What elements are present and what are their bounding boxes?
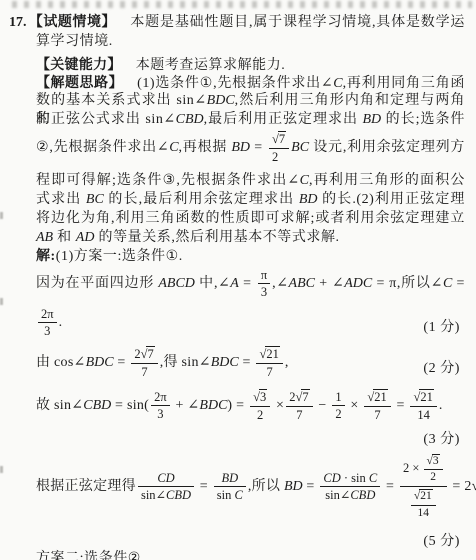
text-segment: 的长;选条件	[381, 112, 465, 127]
fraction-bd-over-sinc: BDsin C	[214, 471, 246, 503]
fraction-numerator: 2π	[151, 390, 170, 406]
text-segment: 程即可得解;选条件③,先根据条件求出∠	[36, 173, 300, 188]
radical: √21	[367, 390, 387, 404]
text-segment: (1)选条件①,先根据条件求出∠	[137, 76, 333, 91]
math-var: CBD	[166, 488, 191, 502]
fraction-numerator: 2π	[38, 307, 57, 323]
math-var: C	[333, 76, 342, 91]
scan-artifact	[0, 212, 3, 219]
fraction-denominator: 2	[250, 407, 270, 422]
radicand: 21	[373, 389, 388, 404]
radicand: 7	[278, 131, 286, 146]
coefficient: 2 ×	[403, 461, 423, 475]
text-segment: ,再利用三角形的面积公	[309, 173, 465, 188]
radical: √3	[253, 390, 267, 404]
fraction-denominator: 3	[258, 284, 270, 299]
text-segment: 式求出	[36, 192, 86, 207]
text-segment: sin	[217, 488, 235, 502]
text-segment: ×	[272, 398, 284, 413]
math-var: AB	[36, 230, 53, 245]
text-segment: .	[439, 398, 443, 413]
scan-artifact	[0, 298, 3, 305]
solution-label: 解:	[36, 249, 56, 264]
text-segment: 设元,利用余弦定理列方	[309, 140, 465, 155]
fraction-denominator: 14	[410, 407, 436, 422]
fraction-numerator: BD	[214, 471, 246, 487]
line-solution-idea-3: 的正弦公式求出 sin∠CBD,最后利用正弦定理求出 BD 的长;选条件	[36, 110, 465, 129]
line-question-context-1: 17.【试题情境】本题是基础性题目,属于课程学习情境,具体是数学运	[9, 12, 465, 32]
math-var: BDC	[199, 398, 227, 413]
math-var: ADC	[344, 276, 372, 291]
fraction-denominator: 14	[411, 506, 436, 520]
fraction-denominator: 7	[256, 364, 282, 379]
fraction-numerator: √21	[410, 389, 436, 406]
text-segment: ) =	[227, 398, 248, 413]
fraction-denominator: 7	[131, 364, 157, 379]
radicand: 21	[265, 346, 280, 361]
text-segment: = 2	[449, 479, 472, 494]
text-segment: 因为在平面四边形	[36, 276, 158, 291]
radicand: 7	[146, 346, 154, 361]
text-segment: 的正弦公式求出 sin∠	[36, 112, 176, 127]
math-var: C	[169, 140, 178, 155]
fraction-sqrt21-over-7: √217	[364, 389, 390, 422]
text-segment: =	[303, 479, 319, 494]
radical: √21	[259, 347, 279, 361]
text-segment: 的长,最后利用余弦定理求出	[104, 192, 299, 207]
text-segment: 的长.(2)利用正弦定理	[318, 192, 465, 207]
fraction-2pi-over-3: 2π3	[151, 390, 170, 422]
text-segment: + ∠	[315, 276, 344, 291]
text-segment: 将边化为角,利用三角函数的性质即可求解;或者利用余弦定理建立	[36, 211, 465, 226]
fraction-numerator: 2 × √32	[400, 453, 447, 487]
fraction-numerator: √3	[250, 389, 270, 406]
text-segment: 本题考查运算求解能力.	[136, 58, 286, 73]
text-segment: = sin(	[111, 398, 149, 413]
math-var: BD	[299, 192, 318, 207]
text-segment: =	[393, 398, 409, 413]
fraction-2sqrt7-over-7: 2√77	[131, 346, 157, 379]
text-segment: 根据正弦定理得	[36, 479, 136, 494]
text-segment: sin∠	[141, 488, 166, 502]
radical: √7	[295, 390, 309, 404]
line-sine-rule-bd: 根据正弦定理得CDsin∠CBD = BDsin C,所以 BD = CD · …	[36, 448, 465, 525]
fraction-numerator: √21	[256, 346, 282, 363]
line-key-ability: 【关键能力】本题考查运算求解能力.	[36, 55, 465, 75]
text-segment: =	[114, 355, 130, 370]
fraction-numerator: 2√7	[286, 389, 312, 406]
fraction-numerator: √7	[269, 131, 289, 148]
fraction-denominator: 7	[364, 407, 390, 422]
fraction-sqrt3-over-2: √32	[250, 389, 270, 422]
score-mark-5: (5 分)	[423, 530, 460, 550]
math-var: AD	[76, 230, 95, 245]
answer-key-page: 17.【试题情境】本题是基础性题目,属于课程学习情境,具体是数学运 算学习情境.…	[0, 0, 476, 560]
fraction-sqrt21-over-7: √217	[256, 346, 282, 379]
math-var: BD	[284, 479, 303, 494]
fraction-numerator: CD · sin C	[320, 471, 380, 487]
text-segment: ,得 sin∠	[160, 355, 211, 370]
fraction-numerator: 1	[332, 390, 344, 406]
fraction-numerator: √3	[424, 454, 443, 470]
line-solution-idea-7: 将边化为角,利用三角函数的性质即可求解;或者利用余弦定理建立	[36, 209, 465, 228]
fraction-denominator: sin∠CBD	[138, 487, 194, 502]
text-segment: ×	[347, 398, 363, 413]
fraction-cd-over-sincbd: CDsin∠CBD	[138, 471, 194, 503]
math-var: C	[369, 471, 377, 485]
math-var: BC	[291, 140, 309, 155]
math-var: BC	[86, 192, 104, 207]
text-segment: ,∠	[272, 276, 288, 291]
fraction-denominator: 3	[151, 406, 170, 421]
fraction-numerator: √21	[411, 489, 436, 505]
cropped-previous-line-artifact	[12, 1, 472, 8]
text-segment: 由 cos∠	[36, 355, 86, 370]
fraction-cdsinc-over-sincbd: CD · sin Csin∠CBD	[320, 471, 380, 503]
radical: √21	[413, 390, 433, 404]
radical: √7	[272, 132, 286, 146]
radical: √3	[427, 455, 440, 467]
text-segment: 中,∠	[195, 276, 230, 291]
math-var: ABC	[289, 276, 315, 291]
section-label-idea: 【解题思路】	[36, 74, 123, 90]
scan-artifact	[0, 466, 3, 473]
fraction-denominator: 2	[424, 470, 443, 484]
score-mark-3: (3 分)	[423, 428, 460, 448]
fraction-denominator: 2	[332, 406, 344, 421]
line-solution-idea-5: 程即可得解;选条件③,先根据条件求出∠C,再利用三角形的面积公	[36, 171, 465, 190]
math-var: C	[443, 276, 452, 291]
line-angle-deduction: 因为在平面四边形 ABCD 中,∠A = π3,∠ABC + ∠ADC = π,…	[36, 267, 465, 301]
fraction-denominator: 7	[286, 407, 312, 422]
text-segment: =	[250, 140, 267, 155]
line-plan-two: 方案二:选条件②.	[36, 549, 465, 560]
radicand: 21	[419, 489, 433, 503]
radical: √7	[472, 479, 476, 494]
line-sin-cbd-expansion: 故 sin∠CBD = sin(2π3 + ∠BDC) = √32 ×2√77 …	[36, 386, 465, 426]
math-var: A	[230, 276, 239, 291]
line-question-context-2: 算学习情境.	[36, 32, 465, 51]
line-angle-c-result: 2π3.	[36, 303, 465, 343]
text-segment: 数的基本关系式求出 sin∠	[36, 93, 207, 108]
score-mark-1: (1 分)	[423, 316, 460, 336]
line-solution-idea-6: 式求出 BC 的长,最后利用余弦定理求出 BD 的长.(2)利用正弦定理	[36, 190, 465, 209]
radical: √21	[414, 490, 433, 502]
fraction-numerator: π	[258, 268, 270, 284]
text-segment: ,最后利用正弦定理求出	[204, 112, 363, 127]
text-segment: −	[315, 398, 331, 413]
text-segment: =	[452, 276, 465, 291]
text-segment: = π,所以∠	[372, 276, 443, 291]
fraction-numerator: √21	[364, 389, 390, 406]
fraction-denominator: sin C	[214, 487, 246, 502]
fraction-1-over-2: 12	[332, 390, 344, 422]
line-solution-idea-8: AB 和 AD 的等量关系,然后利用基本不等式求解.	[36, 228, 465, 247]
section-label-ability: 【关键能力】	[36, 56, 122, 72]
math-var: BD	[362, 112, 381, 127]
math-var: CD	[323, 471, 340, 485]
text-segment: ②,先根据条件求出∠	[36, 140, 169, 155]
radicand: 7	[301, 389, 309, 404]
radicand: 3	[432, 454, 440, 468]
math-var: ABCD	[158, 276, 195, 291]
math-var: BDC	[207, 93, 235, 108]
text-segment: =	[239, 355, 255, 370]
text-segment: · sin	[341, 471, 369, 485]
fraction-denominator: sin∠CBD	[320, 487, 380, 502]
fraction-sqrt21-over-14: √2114	[411, 489, 436, 519]
text-segment: 本题是基础性题目,属于课程学习情境,具体是数学运	[130, 15, 465, 30]
text-segment: 故 sin∠	[36, 398, 83, 413]
line-solution-idea-4: ②,先根据条件求出∠C,再根据 BD = √72BC 设元,利用余弦定理列方	[36, 131, 465, 165]
question-number: 17.	[9, 15, 29, 30]
text-segment: =	[239, 276, 256, 291]
section-label-context: 【试题情境】	[29, 13, 117, 29]
radical: √7	[141, 347, 155, 361]
text-segment: .	[59, 315, 63, 330]
text-segment: ,	[285, 355, 289, 370]
text-segment: 的等量关系,然后利用基本不等式求解.	[94, 230, 339, 245]
fraction-2sqrt7-over-7: 2√77	[286, 389, 312, 422]
radical-sign-icon: √	[472, 449, 476, 525]
line-solution-idea-1: 【解题思路】(1)选条件①,先根据条件求出∠C,再利用同角三角函	[36, 73, 465, 93]
text-segment: + ∠	[172, 398, 200, 413]
math-var: C	[300, 173, 309, 188]
line-solution-start: 解:(1)方案一:选条件①.	[36, 247, 465, 266]
text-segment: ,再利用同角三角函	[343, 76, 465, 91]
fraction-2pi-over-3: 2π3	[38, 307, 57, 339]
fraction-sqrt21-over-14: √2114	[410, 389, 436, 422]
text-segment: 算学习情境.	[36, 34, 113, 49]
fraction-sqrt3-over-2: √32	[424, 454, 443, 484]
math-var: BDC	[86, 355, 114, 370]
text-segment: ,再根据	[179, 140, 232, 155]
text-segment: =	[196, 479, 212, 494]
text-segment: sin∠	[325, 488, 350, 502]
built-up-fraction: 2 × √32√2114	[400, 453, 447, 521]
math-var: CBD	[176, 112, 204, 127]
text-segment: 方案二:选条件②.	[36, 551, 145, 560]
fraction-denominator: 3	[38, 323, 57, 338]
text-segment: 和	[53, 230, 76, 245]
text-segment: ,所以	[248, 479, 284, 494]
line-cos-sin-bdc: 由 cos∠BDC = 2√77,得 sin∠BDC = √217,	[36, 343, 465, 383]
fraction-pi-over-3: π3	[258, 268, 270, 300]
fraction-numerator: 2√7	[131, 346, 157, 363]
math-var: BD	[231, 140, 250, 155]
math-var: C	[235, 488, 243, 502]
radicand: 21	[419, 389, 434, 404]
text-segment: (1)方案一:选条件①.	[56, 249, 183, 264]
radicand: 3	[259, 389, 267, 404]
math-var: CBD	[350, 488, 375, 502]
text-segment: =	[382, 479, 398, 494]
math-var: CBD	[83, 398, 111, 413]
fraction-numerator: CD	[138, 471, 194, 487]
fraction-denominator: √2114	[400, 487, 447, 520]
fraction-denominator: 2	[269, 149, 289, 164]
score-mark-2: (2 分)	[423, 357, 460, 377]
math-var: BDC	[211, 355, 239, 370]
fraction-sqrt7-over-2: √72	[269, 131, 289, 164]
